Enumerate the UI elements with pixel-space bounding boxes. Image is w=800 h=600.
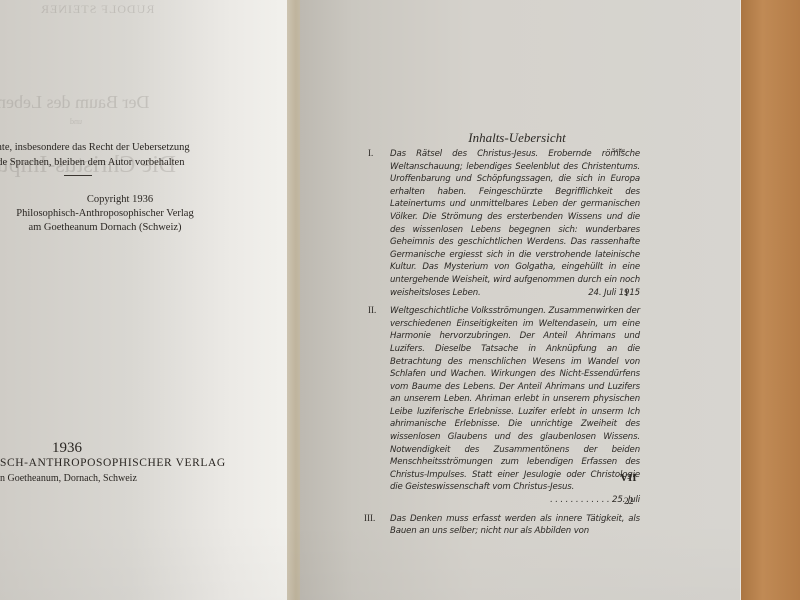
toc-entry: II. Weltgeschichtliche Volksströmungen. … (368, 305, 648, 507)
wooden-table-surface (738, 0, 800, 600)
toc-entry: I. Das Rätsel des Christus-Jesus. Erober… (368, 148, 648, 299)
page-number: 22 (624, 497, 634, 507)
imprint-year: 1936 (52, 440, 82, 457)
chapter-numeral: I. (368, 148, 373, 158)
rights-line-1: chte, insbesondere das Recht der Ueberse… (0, 140, 190, 155)
imprint-address: n Goetheanum, Dornach, Schweiz (0, 473, 137, 484)
toc-title: Inhalts-Uebersicht (368, 130, 648, 146)
lecture-date: 24. Juli 1915 (588, 287, 640, 300)
copyright-line-3: am Goetheanum Dornach (Schweiz) (0, 221, 210, 235)
ghost-author: RUDOLF STEINER (40, 2, 154, 17)
chapter-summary: Das Rätsel des Christus-Jesus. Erobernde… (390, 148, 640, 299)
chapter-numeral: II. (368, 305, 376, 315)
imprint-publisher: SCH-ANTHROPOSOPHISCHER VERLAG (0, 457, 226, 469)
page-shadow (0, 520, 740, 600)
left-page: RUDOLF STEINER Der Baum des Lebens und D… (0, 0, 290, 600)
copyright-line-1: Copyright 1936 (0, 193, 210, 207)
page-folio: VII (620, 472, 637, 484)
ghost-title-line-2: und (70, 117, 82, 126)
divider-rule (64, 175, 92, 176)
summary-text: Das Rätsel des Christus-Jesus. Erobernde… (390, 149, 640, 298)
chapter-summary: Weltgeschichtliche Volksströmungen. Zusa… (390, 305, 640, 507)
ghost-title-line-1: Der Baum des Lebens (0, 92, 149, 113)
copyright-line-2: Philosophisch-Anthroposophischer Verlag (0, 207, 210, 221)
rights-line-2: nde Sprachen, bleiben dem Autor vorbehal… (0, 155, 190, 170)
summary-text: Weltgeschichtliche Volksströmungen. Zusa… (390, 306, 640, 492)
rights-notice: chte, insbesondere das Recht der Ueberse… (0, 140, 190, 170)
page-number: 1 (624, 289, 629, 299)
copyright-block: Copyright 1936 Philosophisch-Anthroposop… (0, 193, 210, 235)
table-of-contents: Inhalts-Uebersicht I. Das Rätsel des Chr… (368, 130, 648, 544)
